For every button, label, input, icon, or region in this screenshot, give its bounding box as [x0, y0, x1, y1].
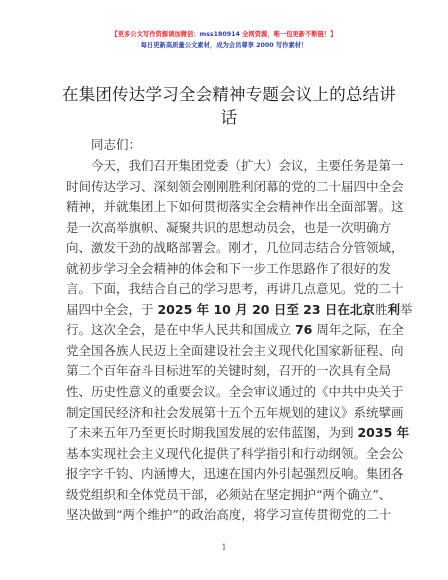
title-line-1: 在集团传达学习全会精神专题会议上的总结讲 — [60, 83, 398, 106]
body-line: 是一次高举旗帜、凝聚共识的思想动员会，也是一次明确方 — [66, 218, 384, 239]
text-run: 了未来五年乃至更长时期我国发展的宏伟蓝图，为到 — [66, 425, 357, 440]
body-line: 今天，我们召开集团党委（扩大）会议，主要任务是第一 — [66, 156, 384, 177]
text-run: 行。这次全会，是在中华人民共和国成立 — [66, 322, 295, 337]
text-run: 届四中全会，于 — [66, 302, 157, 317]
body-line: 报字字千钧、内涵博大，迅速在国内外引起强烈反响。集团各 — [66, 464, 384, 485]
meeting-date-text: 2025 年 10 月 20 日至 23 日在北京 — [157, 302, 374, 317]
promo-wechat-id: mss180914 — [200, 31, 240, 38]
target-year: 2035 年 — [357, 425, 409, 440]
promo-banner-line1: 【更多公文写作资源请加微信：mss180914 全网资源，唯一包更新不断链！】 — [0, 29, 448, 38]
promo-suffix: 全网资源，唯一包更新不断链！】 — [240, 31, 337, 38]
body-line: 党全国各族人民迈上全面建设社会主义现代化国家新征程、向 — [66, 341, 384, 362]
body-line: 言。下面，我结合自己的学习思考，再讲几点意见。党的二十 — [66, 279, 384, 300]
body-line-anniversary: 行。这次全会，是在中华人民共和国成立 76 周年之际，在全 — [66, 320, 384, 341]
text-run: 周年之际，在全 — [312, 322, 403, 337]
title-line-2: 话 — [60, 106, 398, 129]
anniversary-number: 76 — [295, 322, 312, 337]
body-line: 就初步学习全会精神的体会和下一步工作思路作了很好的发 — [66, 259, 384, 280]
document-title: 在集团传达学习全会精神专题会议上的总结讲 话 — [60, 83, 398, 129]
body-line: 向、激发干劲的战略部署会。刚才，几位同志结合分管领域， — [66, 238, 384, 259]
document-body: 今天，我们召开集团党委（扩大）会议，主要任务是第一 时间传达学习、深刻领会刚刚胜… — [66, 156, 384, 526]
body-line: 基本实现社会主义现代化提供了科学指引和行动纲领。全会公 — [66, 444, 384, 465]
text-run-bold: 利 — [387, 302, 400, 317]
body-line-2035: 了未来五年乃至更长时期我国发展的宏伟蓝图，为到 2035 年 — [66, 423, 384, 444]
promo-banner-line2: 每日更新高质量公文素材，成为会员尊享 2000 写作素材！ — [0, 40, 448, 49]
body-line: 精神，并就集团上下如何贯彻落实全会精神作出全面部署。这 — [66, 197, 384, 218]
body-line: 级党组织和全体党员干部，必须站在坚定拥护“两个确立”、 — [66, 485, 384, 506]
body-line-date: 届四中全会，于 2025 年 10 月 20 日至 23 日在北京胜利举 — [66, 300, 384, 321]
body-line: 时间传达学习、深刻领会刚刚胜利闭幕的党的二十届四中全会 — [66, 177, 384, 198]
body-line: 第二个百年奋斗目标进军的关键时刻，召开的一次具有全局 — [66, 361, 384, 382]
body-line: 性、历史性意义的重要会议。全会审议通过的《中共中央关于 — [66, 382, 384, 403]
text-run: 胜 — [375, 302, 388, 317]
promo-prefix: 【更多公文写作资源请加微信： — [111, 31, 199, 38]
text-run: 举 — [400, 302, 413, 317]
body-line: 坚决做到“两个维护”的政治高度，将学习宣传贯彻党的二十 — [66, 505, 384, 526]
salutation: 同志们： — [91, 135, 141, 156]
page-number: 1 — [0, 543, 448, 552]
body-line: 制定国民经济和社会发展第十五个五年规划的建议》系统擘画 — [66, 403, 384, 424]
